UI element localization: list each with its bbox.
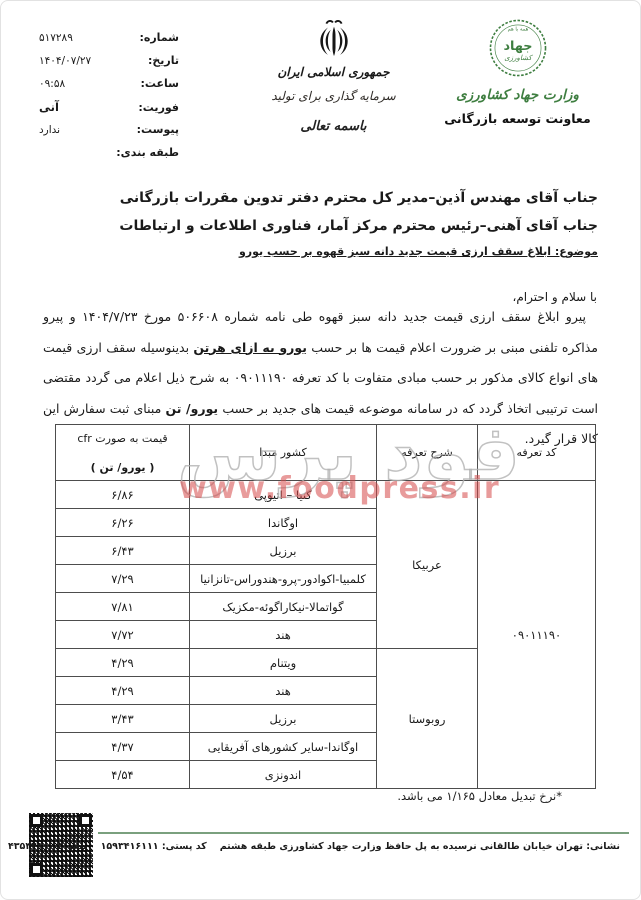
recipient-line-1: جناب آقای مهندس آذین–مدیر کل محترم دفتر … (43, 184, 598, 212)
seal-sub-text: کشاورزی (504, 53, 533, 62)
header-tariff-desc: شرح تعرفه (377, 425, 478, 481)
price-cell: ۶/۸۶ (56, 481, 190, 509)
time-value: ۰۹:۵۸ (39, 78, 65, 90)
table-header-row: کد تعرفه شرح تعرفه کشور مبدا قیمت به صور… (56, 425, 596, 481)
tariff-code-cell: ۰۹۰۱۱۱۹۰ (478, 481, 596, 789)
letter-meta-block: شماره: ۵۱۷۲۸۹ تاریخ: ۱۴۰۴/۰۷/۲۷ ساعت: ۰۹… (39, 31, 179, 169)
seal-main-text: جهاد (503, 39, 532, 54)
origin-cell: گواتمالا-نیکاراگوئه-مکزیک (190, 593, 377, 621)
price-cell: ۴/۵۴ (56, 761, 190, 789)
price-cell: ۴/۲۹ (56, 649, 190, 677)
origin-cell: کنیا – اتیوپی (190, 481, 377, 509)
origin-cell: هند (190, 677, 377, 705)
group-arabica-cell: عربیکا (377, 481, 478, 649)
header-price-line1: قیمت به صورت cfr (58, 432, 187, 445)
price-cell: ۳/۴۳ (56, 705, 190, 733)
number-value: ۵۱۷۲۸۹ (39, 32, 73, 44)
meta-row-urgency: فوریت: آنی (39, 100, 179, 114)
country-title: جمهوری اسلامی ایران (241, 65, 426, 79)
meta-row-date: تاریخ: ۱۴۰۴/۰۷/۲۷ (39, 54, 179, 68)
group-robusta-cell: روبوستا (377, 649, 478, 789)
meta-row-attachment: پیوست: ندارد (39, 123, 179, 137)
footer-divider (98, 832, 629, 834)
price-cell: ۴/۳۷ (56, 733, 190, 761)
qr-finder-icon (30, 863, 43, 876)
price-cell: ۶/۲۶ (56, 509, 190, 537)
origin-cell: هند (190, 621, 377, 649)
price-cell: ۷/۷۲ (56, 621, 190, 649)
date-label: تاریخ: (148, 54, 179, 67)
subject-line: موضوع: ابلاغ سقف ارزی قیمت جدید دانه سبز… (239, 245, 598, 258)
origin-cell: اوگاندا (190, 509, 377, 537)
recipients-block: جناب آقای مهندس آذین–مدیر کل محترم دفتر … (43, 184, 598, 259)
exchange-rate-note: *نرخ تبدیل معادل ۱/۱۶۵ می باشد. (397, 789, 562, 803)
header-price-cfr: قیمت به صورت cfr ( یورو/ تن ) (56, 425, 190, 481)
price-cell: ۷/۲۹ (56, 565, 190, 593)
origin-cell: برزیل (190, 705, 377, 733)
date-value: ۱۴۰۴/۰۷/۲۷ (39, 55, 91, 67)
header-price-line2: ( یورو/ تن ) (58, 461, 187, 474)
urgency-label: فوریت: (138, 101, 179, 114)
price-cell: ۷/۸۱ (56, 593, 190, 621)
origin-cell: برزیل (190, 537, 377, 565)
jahad-keshavarzi-seal-icon: همه با هم جهاد کشاورزی (486, 15, 550, 81)
attachment-label: پیوست: (137, 123, 179, 136)
body-highlight-euro-ton: یورو/ تن (166, 401, 219, 416)
coffee-price-table: کد تعرفه شرح تعرفه کشور مبدا قیمت به صور… (55, 424, 596, 789)
ministry-name: وزارت جهاد کشاورزی (440, 87, 595, 103)
origin-cell: ویتنام (190, 649, 377, 677)
table-row: ۰۹۰۱۱۱۹۰ عربیکا کنیا – اتیوپی ۶/۸۶ (56, 481, 596, 509)
recipient-line-2: جناب آقای آهنی–رئیس محترم مرکز آمار، فنا… (43, 212, 598, 240)
origin-cell: کلمبیا-اکوادور-پرو-هندوراس-تانزانیا (190, 565, 377, 593)
time-label: ساعت: (140, 77, 179, 90)
header-tariff-code: کد تعرفه (478, 425, 596, 481)
body-highlight-euro-per-ton: یورو به ازای هرتن (193, 340, 306, 355)
meta-row-number: شماره: ۵۱۷۲۸۹ (39, 31, 179, 45)
year-slogan: سرمایه گذاری برای تولید (241, 89, 426, 103)
official-letter-page: شماره: ۵۱۷۲۸۹ تاریخ: ۱۴۰۴/۰۷/۲۷ ساعت: ۰۹… (0, 0, 641, 900)
center-header: جمهوری اسلامی ایران سرمایه گذاری برای تو… (241, 19, 426, 134)
attachment-value: ندارد (39, 124, 60, 136)
header-origin-country: کشور مبدا (190, 425, 377, 481)
origin-cell: اوگاندا-سایر کشورهای آفریقایی (190, 733, 377, 761)
urgency-value: آنی (39, 100, 59, 114)
meta-row-time: ساعت: ۰۹:۵۸ (39, 77, 179, 91)
number-label: شماره: (139, 31, 179, 44)
footer-contact-info: نشانی: تهران خیابان طالقانی نرسیده به پل… (8, 841, 620, 852)
footer-phone: تلفن : ۴۳۵۴۴۸۰۰ (8, 841, 88, 852)
meta-row-classification: طبقه بندی: (39, 146, 179, 160)
deputy-name: معاونت توسعه بازرگانی (440, 111, 595, 126)
footer-postal-code: کد پستی: ۱۵۹۳۴۱۶۱۱۱ (101, 841, 207, 852)
ministry-header: همه با هم جهاد کشاورزی وزارت جهاد کشاورز… (440, 15, 595, 126)
footer-address: نشانی: تهران خیابان طالقانی نرسیده به پل… (220, 841, 620, 852)
seal-top-text: همه با هم (507, 27, 528, 33)
classification-label: طبقه بندی: (116, 146, 179, 159)
qr-finder-icon (30, 814, 43, 827)
price-cell: ۶/۴۳ (56, 537, 190, 565)
bismillah-calligraphy: باسمه تعالی (241, 119, 426, 134)
qr-finder-icon (79, 814, 92, 827)
iran-emblem-icon (315, 19, 353, 61)
price-cell: ۴/۲۹ (56, 677, 190, 705)
origin-cell: اندونزی (190, 761, 377, 789)
